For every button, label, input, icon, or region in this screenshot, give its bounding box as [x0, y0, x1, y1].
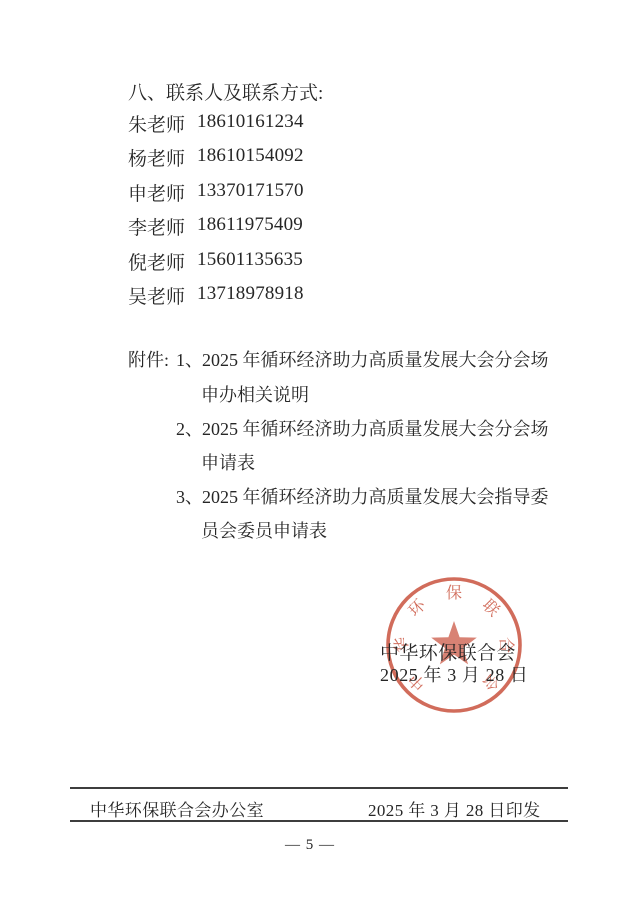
footer-print-date: 2025 年 3 月 28 日印发	[368, 796, 541, 821]
attachment-text: 2025 年循环经济助力高质量发展大会分会场	[202, 415, 549, 441]
page-number: — 5 —	[0, 837, 620, 854]
contact-name: 倪老师	[128, 248, 185, 275]
svg-text:保: 保	[446, 584, 462, 602]
svg-text:联: 联	[479, 596, 503, 620]
attachment-text: 员会委员申请表	[201, 517, 327, 543]
attachment-text: 2025 年循环经济助力高质量发展大会指导委	[202, 483, 549, 509]
attachment-number: 1、	[176, 346, 203, 372]
footer-rule-bottom	[70, 820, 568, 822]
footer-rule-top	[70, 787, 568, 789]
attachment-number: 3、	[176, 483, 203, 509]
attachment-text: 申请表	[201, 449, 255, 475]
contact-phone: 13718978918	[197, 283, 304, 305]
contact-phone: 13370171570	[197, 180, 304, 202]
contact-phone: 15601135635	[197, 249, 303, 271]
contact-phone: 18610161234	[197, 111, 304, 133]
attachments-label: 附件:	[128, 346, 169, 372]
document-page: 八、联系人及联系方式: 朱老师 18610161234 杨老师 18610154…	[0, 0, 637, 900]
signature-date: 2025 年 3 月 28 日	[380, 661, 529, 687]
contact-phone: 18610154092	[197, 145, 304, 167]
contact-name: 杨老师	[128, 144, 185, 171]
attachment-text: 申办相关说明	[201, 381, 309, 407]
contact-name: 申老师	[128, 179, 185, 206]
footer-office-name: 中华环保联合会办公室	[90, 796, 264, 821]
attachment-text: 2025 年循环经济助力高质量发展大会分会场	[202, 346, 549, 372]
attachment-number: 2、	[176, 415, 203, 441]
contact-name: 朱老师	[128, 110, 185, 137]
contact-phone: 18611975409	[197, 214, 303, 236]
contact-name: 吴老师	[128, 282, 185, 309]
contact-name: 李老师	[128, 213, 185, 240]
contacts-heading: 八、联系人及联系方式:	[128, 78, 323, 105]
